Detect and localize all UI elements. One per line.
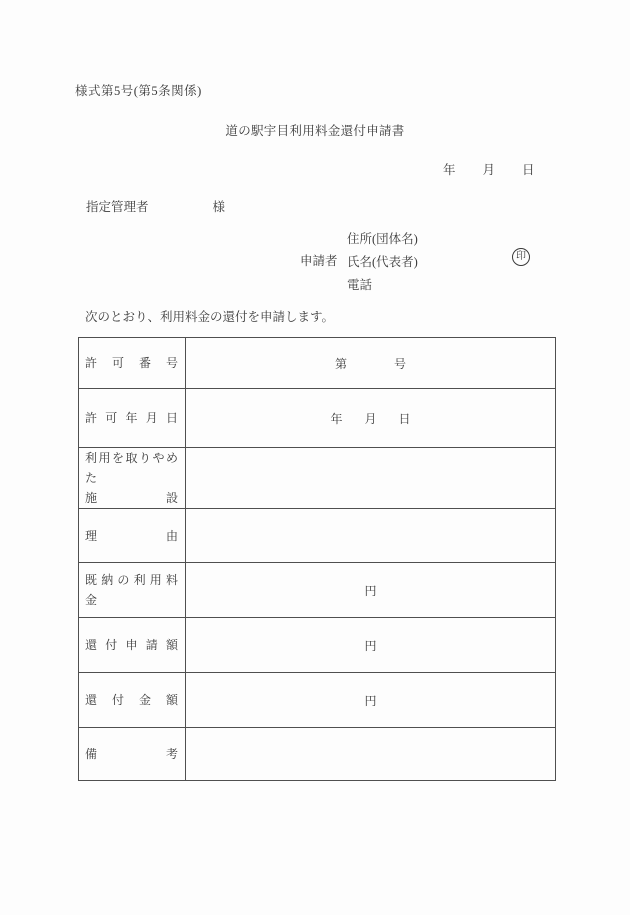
seal-character: 印 <box>516 252 526 262</box>
month-label: 月 <box>483 160 496 178</box>
table-row-refund-requested: 還 付 申 請 額 円 <box>79 618 556 673</box>
seal-icon: 印 <box>512 248 530 266</box>
applicant-name-label: 氏名(代表者) <box>347 251 418 274</box>
applicant-address-label: 住所(団体名) <box>347 228 418 251</box>
addressee-line: 指定管理者 様 <box>86 197 225 215</box>
value-part: 円 <box>364 692 376 709</box>
value-part: 円 <box>364 582 376 599</box>
value-part: 第 <box>335 355 347 372</box>
row-label: 利用を取りやめた 施 設 <box>79 448 186 509</box>
table-row-refund-amount: 還 付 金 額 円 <box>79 673 556 728</box>
table-row-paid-fee: 既 納 の 利 用 料 金 円 <box>79 563 556 618</box>
page-title: 道の駅宇目利用料金還付申請書 <box>0 121 630 139</box>
row-label-line: 施 設 <box>85 488 178 508</box>
applicant-block: 住所(団体名) 氏名(代表者) 電話 <box>347 228 418 297</box>
value-part: 日 <box>399 410 411 427</box>
intro-text: 次のとおり、利用料金の還付を申請します。 <box>85 307 334 325</box>
row-value: 円 <box>186 673 556 728</box>
value-part: 円 <box>364 637 376 654</box>
application-table: 許 可 番 号 第 号 許 可 年 月 日 年 月 日 利用を取りやめた <box>78 337 556 781</box>
row-label: 許 可 年 月 日 <box>79 389 186 448</box>
date-line: 年 月 日 <box>443 160 535 178</box>
table-row-permit-date: 許 可 年 月 日 年 月 日 <box>79 389 556 448</box>
applicant-phone-label: 電話 <box>347 274 418 297</box>
value-part: 月 <box>364 410 376 427</box>
table-row-cancelled-facility: 利用を取りやめた 施 設 <box>79 448 556 509</box>
row-label: 還 付 金 額 <box>79 673 186 728</box>
row-value <box>186 509 556 563</box>
row-value: 第 号 <box>186 338 556 389</box>
row-label-line: 利用を取りやめた <box>85 448 178 488</box>
value-part: 年 <box>330 410 342 427</box>
row-value <box>186 448 556 509</box>
table-row-reason: 理 由 <box>79 509 556 563</box>
row-label: 既 納 の 利 用 料 金 <box>79 563 186 618</box>
row-value: 円 <box>186 563 556 618</box>
day-label: 日 <box>522 160 535 178</box>
applicant-label: 申請者 <box>300 251 338 269</box>
row-label: 還 付 申 請 額 <box>79 618 186 673</box>
table-row-remarks: 備 考 <box>79 728 556 781</box>
row-value: 年 月 日 <box>186 389 556 448</box>
application-form-page: 様式第5号(第5条関係) 道の駅宇目利用料金還付申請書 年 月 日 指定管理者 … <box>0 0 630 915</box>
form-number: 様式第5号(第5条関係) <box>75 81 202 99</box>
table-row-permit-number: 許 可 番 号 第 号 <box>79 338 556 389</box>
addressee-honorific: 様 <box>213 197 226 215</box>
value-part: 号 <box>394 355 406 372</box>
row-label: 理 由 <box>79 509 186 563</box>
addressee-title: 指定管理者 <box>86 197 149 215</box>
row-value: 円 <box>186 618 556 673</box>
row-value <box>186 728 556 781</box>
row-label: 許 可 番 号 <box>79 338 186 389</box>
row-label: 備 考 <box>79 728 186 781</box>
year-label: 年 <box>443 160 456 178</box>
